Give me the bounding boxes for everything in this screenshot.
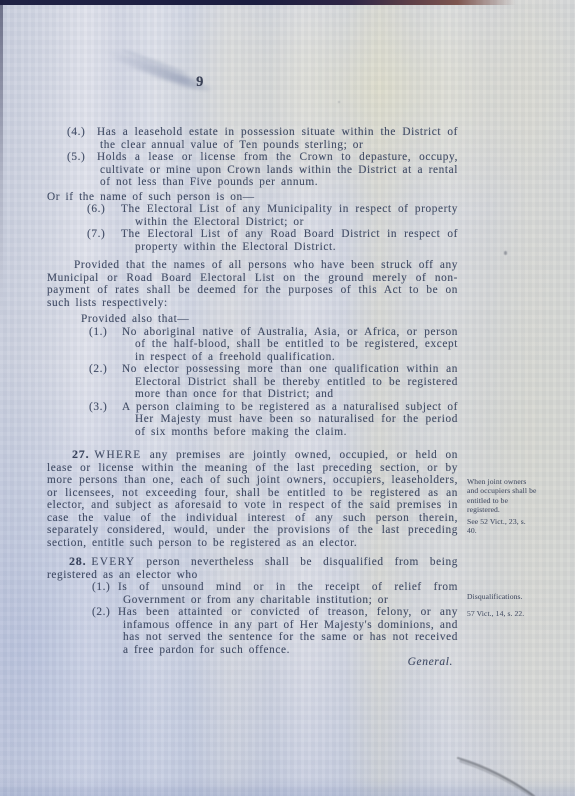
margin-note-citation-52-vict: See 52 Vict., 23, s. 40.	[467, 517, 531, 536]
proviso-clause-1: (1.) No aboriginal native of Australia, …	[47, 326, 458, 364]
clause-text: No elector possessing more than one qual…	[47, 363, 458, 401]
clause-4: (4.) Has a leasehold estate in possessio…	[47, 126, 458, 151]
catchword-general: General.	[47, 656, 458, 669]
clause-text: The Electoral List of any Road Board Dis…	[47, 228, 458, 253]
proviso-paragraph: Provided that the names of all persons w…	[47, 259, 458, 309]
clause-label: (1.)	[89, 326, 107, 339]
clause-text: A person claiming to be registered as a …	[47, 401, 458, 439]
clause-text: No aboriginal native of Australia, Asia,…	[47, 326, 458, 364]
proviso-clause-2: (2.) No elector possessing more than one…	[47, 363, 458, 401]
clause-label: (5.)	[67, 151, 85, 164]
section-number: 27.	[72, 447, 89, 461]
scan-edge-left	[0, 0, 3, 330]
scanned-document-page: 9 (4.) Has a leasehold estate in possess…	[0, 0, 575, 796]
section-27-paragraph: 27.WHERE any premises are jointly owned,…	[47, 448, 458, 549]
clause-text: The Electoral List of any Municipality i…	[47, 203, 458, 228]
disqualification-clause-2: (2.) Has been attainted or convicted of …	[47, 606, 458, 656]
margin-note-joint-owners: When joint owners and occupiers shall be…	[467, 477, 537, 514]
margin-note-citation-57-vict: 57 Vict., 14, s. 22.	[467, 609, 553, 618]
scan-edge-top	[0, 0, 532, 5]
clause-label: (6.)	[87, 203, 105, 216]
provided-also-line: Provided also that—	[47, 313, 458, 326]
clause-6: (6.) The Electoral List of any Municipal…	[47, 203, 458, 228]
lead-in-line: Or if the name of such person is on—	[47, 191, 458, 204]
section-opening-word: EVERY	[91, 556, 135, 568]
section-text: any premises are jointly owned, occupied…	[47, 449, 458, 549]
paper-speck	[504, 251, 507, 255]
clause-text: Has a leasehold estate in possession sit…	[47, 126, 458, 151]
proviso-clause-3: (3.) A person claiming to be registered …	[47, 401, 458, 439]
clause-label: (7.)	[87, 228, 105, 241]
clause-label: (2.)	[92, 606, 110, 619]
section-opening-word: WHERE	[94, 449, 141, 461]
text-column: (4.) Has a leasehold estate in possessio…	[47, 126, 458, 669]
pencil-mark	[430, 738, 560, 796]
disqualification-clause-1: (1.) Is of unsound mind or in the receip…	[47, 581, 458, 606]
section-28-paragraph: 28.EVERY person nevertheless shall be di…	[47, 555, 458, 581]
margin-note-disqualifications: Disqualifications.	[467, 592, 551, 601]
clause-text: Holds a lease or license from the Crown …	[47, 151, 458, 189]
clause-5: (5.) Holds a lease or license from the C…	[47, 151, 458, 189]
section-number: 28.	[69, 554, 86, 568]
paper-speck	[338, 101, 340, 103]
clause-label: (4.)	[67, 126, 85, 139]
clause-label: (1.)	[92, 581, 110, 594]
clause-label: (2.)	[89, 363, 107, 376]
clause-label: (3.)	[89, 401, 107, 414]
page-number: 9	[188, 74, 212, 91]
clause-7: (7.) The Electoral List of any Road Boar…	[47, 228, 458, 253]
